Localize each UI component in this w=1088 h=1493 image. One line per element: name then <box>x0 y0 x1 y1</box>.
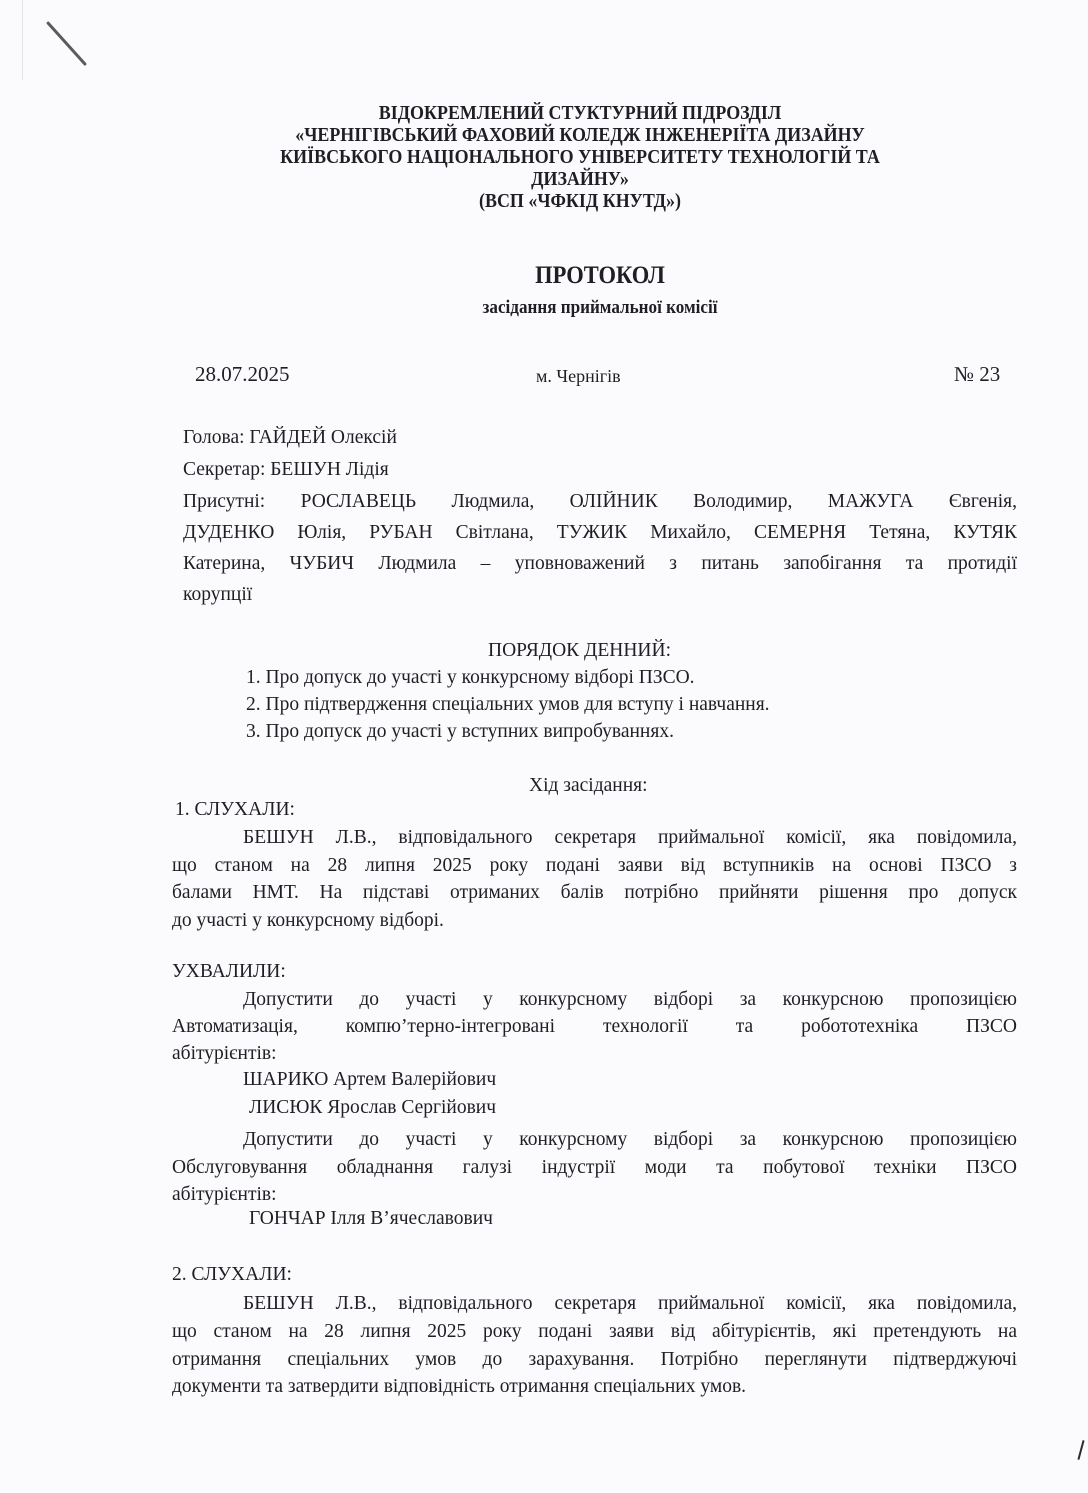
decision-line: Автоматизація, компю’терно-інтегровані т… <box>172 1016 1017 1040</box>
section1-heard-label: 1. СЛУХАЛИ: <box>175 799 295 821</box>
document-city: м. Чернігів <box>536 366 621 387</box>
header-line: (ВСП «ЧФКІД КНУТД») <box>212 191 948 213</box>
section1-resolved-label: УХВАЛИЛИ: <box>172 961 286 983</box>
document-subtitle: засідання приймальної комісії <box>213 297 987 319</box>
present-line: Присутні: РОСЛАВЕЦЬ Людмила, ОЛІЙНИК Вол… <box>183 491 1017 515</box>
applicant-name: ГОНЧАР Ілля В’ячеславович <box>249 1208 493 1230</box>
section1-heard-line: балами НМТ. На підставі отриманих балів … <box>172 882 1017 906</box>
section1-heard-line: що станом на 28 липня 2025 року подані з… <box>172 855 1017 879</box>
agenda-item: 2. Про підтвердження спеціальних умов дл… <box>246 694 770 716</box>
present-line: корупції <box>183 584 252 606</box>
section2-heard-line: БЕШУН Л.В., відповідального секретаря пр… <box>243 1293 1017 1317</box>
header-line: ДИЗАЙНУ» <box>212 169 948 191</box>
section2-heard-line: що станом на 28 липня 2025 року подані з… <box>172 1321 1017 1345</box>
document-number: № 23 <box>954 362 1000 387</box>
present-line: Катерина, ЧУБИЧ Людмила – уповноважений … <box>183 553 1017 577</box>
scan-edge <box>22 0 23 80</box>
agenda-item: 3. Про допуск до участі у вступних випро… <box>246 721 674 743</box>
secretary: Секретар: БЕШУН Лідія <box>183 459 389 481</box>
scan-artifact <box>1077 1440 1084 1460</box>
section1-heard-line: БЕШУН Л.В., відповідального секретаря пр… <box>243 827 1017 851</box>
section2-heard-line: отримання спеціальних умов до зарахуванн… <box>172 1349 1017 1373</box>
proceedings-heading: Хід засідання: <box>529 775 648 797</box>
section1-heard-line: до участі у конкурсному відборі. <box>172 910 444 932</box>
header-line: «ЧЕРНІГІВСЬКИЙ ФАХОВИЙ КОЛЕДЖ ІНЖЕНЕРІЇТ… <box>212 125 948 147</box>
decision-line: Допустити до участі у конкурсному відбор… <box>243 1129 1017 1153</box>
decision-line: Допустити до участі у конкурсному відбор… <box>243 989 1017 1013</box>
decision-line: Обслуговування обладнання галузі індустр… <box>172 1157 1017 1181</box>
institution-header: ВІДОКРЕМЛЕНИЙ СТУКТУРНИЙ ПІДРОЗДІЛ «ЧЕРН… <box>212 103 948 213</box>
section2-heard-line: документи та затвердити відповідність от… <box>172 1376 746 1398</box>
agenda-heading: ПОРЯДОК ДЕННИЙ: <box>488 640 671 662</box>
decision-line: абітурієнтів: <box>172 1184 277 1206</box>
pen-mark <box>46 21 87 66</box>
decision-line: абітурієнтів: <box>172 1043 277 1065</box>
header-line: КИЇВСЬКОГО НАЦІОНАЛЬНОГО УНІВЕРСИТЕТУ ТЕ… <box>212 147 948 169</box>
document-title: ПРОТОКОЛ <box>213 262 987 290</box>
present-line: ДУДЕНКО Юлія, РУБАН Світлана, ТУЖИК Миха… <box>183 522 1017 546</box>
applicant-name: ШАРИКО Артем Валерійович <box>243 1069 496 1091</box>
chair: Голова: ГАЙДЕЙ Олексій <box>183 427 397 449</box>
agenda-item: 1. Про допуск до участі у конкурсному ві… <box>246 667 695 689</box>
header-line: ВІДОКРЕМЛЕНИЙ СТУКТУРНИЙ ПІДРОЗДІЛ <box>212 103 948 125</box>
section2-heard-label: 2. СЛУХАЛИ: <box>172 1264 292 1286</box>
document-date: 28.07.2025 <box>195 362 290 387</box>
applicant-name: ЛИСЮК Ярослав Сергійович <box>249 1097 496 1119</box>
